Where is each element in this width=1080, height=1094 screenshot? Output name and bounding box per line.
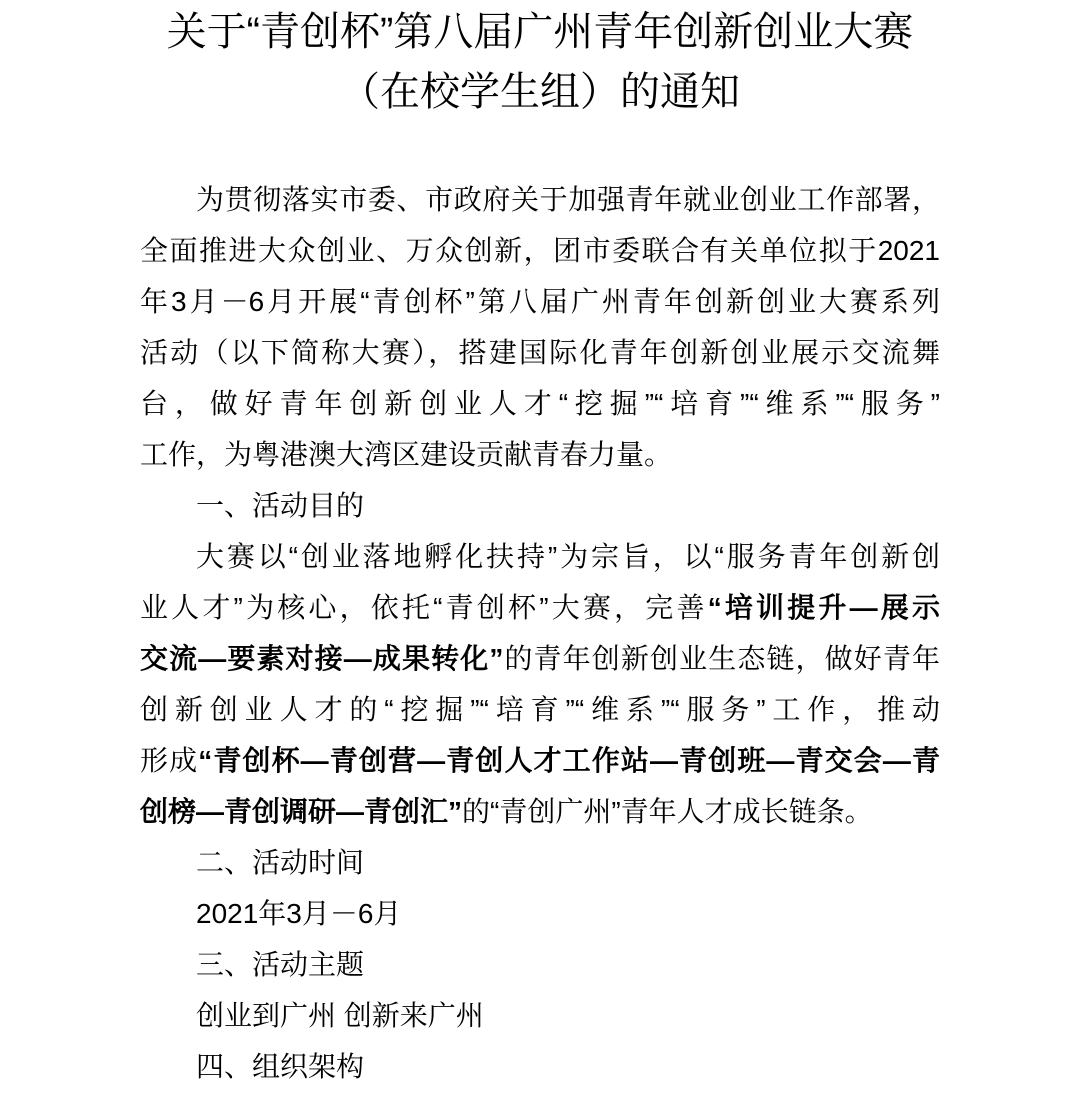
text-run: 的“青创广州”青年人才成长链条。: [462, 796, 873, 827]
text-run: 形成: [140, 745, 198, 776]
document-title: 关于“青创杯”第八届广州青年创新创业大赛 （在校学生组）的通知: [0, 0, 1080, 122]
document-line: 四、组织架构: [140, 1041, 940, 1092]
document-line: 三、活动主题: [140, 939, 940, 990]
text-run: 2021年3月－6月: [196, 898, 401, 929]
title-line-2: （在校学生组）的通知: [0, 62, 1080, 122]
document-line: 交流—要素对接—成果转化”的青年创新创业生态链，做好青年: [140, 633, 940, 684]
document-line: 活动（以下简称大赛），搭建国际化青年创新创业展示交流舞: [140, 327, 940, 378]
document-line: 工作，为粤港澳大湾区建设贡献青春力量。: [140, 429, 940, 480]
text-run: 工作，为粤港澳大湾区建设贡献青春力量。: [140, 439, 672, 470]
document-line: 全面推进大众创业、万众创新，团市委联合有关单位拟于2021: [140, 225, 940, 276]
document-line: 业人才”为核心，依托“青创杯”大赛，完善“培训提升—展示: [140, 582, 940, 633]
text-run: 二、活动时间: [196, 847, 364, 878]
bold-text-run: 交流—要素对接—成果转化”: [140, 643, 503, 674]
text-run: 创业到广州 创新来广州: [196, 1000, 484, 1031]
document-page: 关于“青创杯”第八届广州青年创新创业大赛 （在校学生组）的通知 为贯彻落实市委、…: [0, 0, 1080, 1094]
text-run: 的青年创新创业生态链，做好青年: [503, 643, 940, 674]
document-line: 一、活动目的: [140, 480, 940, 531]
document-line: 2021年3月－6月: [140, 888, 940, 939]
document-line: 台，做好青年创新创业人才“挖掘”“培育”“维系”“服务”: [140, 378, 940, 429]
text-run: 大赛以“创业落地孵化扶持”为宗旨，以“服务青年创新创: [196, 541, 940, 572]
document-line: 形成“青创杯—青创营—青创人才工作站—青创班—青交会—青: [140, 735, 940, 786]
text-run: 台，做好青年创新创业人才“挖掘”“培育”“维系”“服务”: [140, 388, 940, 419]
title-line-1: 关于“青创杯”第八届广州青年创新创业大赛: [0, 2, 1080, 62]
document-line: 二、活动时间: [140, 837, 940, 888]
bold-text-run: 创榜—青创调研—青创汇”: [140, 796, 462, 827]
document-line: 创业到广州 创新来广州: [140, 990, 940, 1041]
text-run: 活动（以下简称大赛），搭建国际化青年创新创业展示交流舞: [140, 337, 940, 368]
text-run: 四、组织架构: [196, 1051, 364, 1082]
bold-text-run: “青创杯—青创营—青创人才工作站—青创班—青交会—青: [198, 745, 940, 776]
bold-text-run: “培训提升—展示: [708, 592, 940, 623]
document-line: 创新创业人才的“挖掘”“培育”“维系”“服务”工作，推动: [140, 684, 940, 735]
document-line: 大赛以“创业落地孵化扶持”为宗旨，以“服务青年创新创: [140, 531, 940, 582]
text-run: 三、活动主题: [196, 949, 364, 980]
text-run: 年3月－6月开展“青创杯”第八届广州青年创新创业大赛系列: [140, 286, 940, 317]
text-run: 为贯彻落实市委、市政府关于加强青年就业创业工作部署，: [196, 184, 940, 215]
text-run: 一、活动目的: [196, 490, 364, 521]
document-body: 为贯彻落实市委、市政府关于加强青年就业创业工作部署，全面推进大众创业、万众创新，…: [0, 174, 1080, 1092]
document-line: 创榜—青创调研—青创汇”的“青创广州”青年人才成长链条。: [140, 786, 940, 837]
text-run: 业人才”为核心，依托“青创杯”大赛，完善: [140, 592, 708, 623]
document-line: 年3月－6月开展“青创杯”第八届广州青年创新创业大赛系列: [140, 276, 940, 327]
document-line: 为贯彻落实市委、市政府关于加强青年就业创业工作部署，: [140, 174, 940, 225]
text-run: 创新创业人才的“挖掘”“培育”“维系”“服务”工作，推动: [140, 694, 940, 725]
text-run: 全面推进大众创业、万众创新，团市委联合有关单位拟于2021: [140, 235, 940, 266]
